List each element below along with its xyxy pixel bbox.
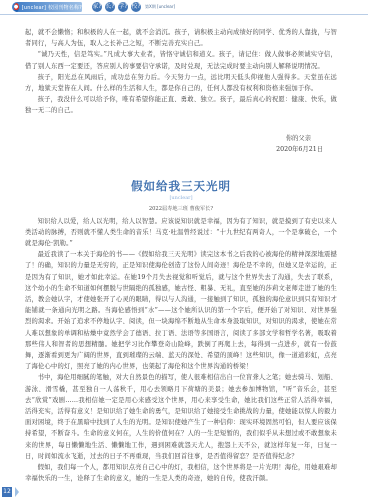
- letter-paragraph: “诚乃天性，信是笃实。”凡成大事大业者，皆恪守诚信和道义。孩子，请记住：做人做事…: [25, 49, 337, 71]
- article-paragraph: 书中，海伦用细腻的笔触，对大自然景色的描写，使人很难相信出自一位盲聋人之笔；她去…: [25, 372, 337, 462]
- article-title: 假如给我三天光明: [25, 179, 337, 193]
- letter-paragraph: 孩子，阳光总在风雨后，成功总在努力后。今天努力一点，远比明天低头仰视他人强得多。…: [25, 72, 337, 94]
- issue-label: 第X期 [unclear]: [145, 4, 175, 10]
- article-paragraph: 假如，我们每一个人，都用知识点亮自己心中的灯，我相信，这个世界将是一片光明！海伦…: [25, 462, 337, 484]
- letter-paragraph: 起，就不会懒惰；和积极的人在一起，就不会消沉。孩子，请积极主动向成绩好的同学、优…: [25, 27, 337, 49]
- article: 假如给我三天光明 [unclear] 2022届寿地三班 曹俊军长? 知识给人以…: [25, 179, 337, 485]
- magazine-name: [unclear] 校园刊物名称?: [22, 4, 82, 11]
- section-badge: 校?: [131, 2, 141, 12]
- letter-continuation: 起，就不会懒惰；和积极的人在一起，就不会消沉。孩子，请积极主动向成绩好的同学、优…: [25, 27, 337, 155]
- article-paragraph: 最近我读了一本关于海伦的书——《假如给我三天光明》读完这本书之后我的心被海伦的精…: [25, 249, 337, 372]
- header-divider: [0, 14, 368, 15]
- page-number: 12: [2, 487, 12, 497]
- letter-signature: 你的父亲: [25, 133, 337, 144]
- magazine-logo: [unclear] 校园刊物名称?: [12, 2, 82, 12]
- page-content: 起，就不会懒惰；和积极的人在一起，就不会消沉。孩子，请积极主动向成绩好的同学、优…: [25, 27, 337, 485]
- article-subtitle: [unclear]: [25, 195, 337, 202]
- letter-paragraph: 孩子，我没什么可以给予你，唯有希望你能正直、勇敢、独立。孩子，最后真心的祝愿：健…: [25, 94, 337, 116]
- logo-emblem-icon: [14, 3, 19, 12]
- article-paragraph: 知识给人以爱，给人以光明，给人以智慧。应该说知识就是幸福，因为有了知识，就是摸到…: [25, 216, 337, 250]
- page-arrow-icon: [15, 487, 19, 497]
- magazine-header: [unclear] 校园刊物名称? 家? 长? 学? 校? 第X期 [uncle…: [0, 0, 368, 16]
- section-badge: 长?: [105, 2, 115, 12]
- article-byline: 2022届寿地三班 曹俊军长?: [25, 204, 337, 214]
- section-badge: 家?: [92, 2, 102, 12]
- section-badges: 家? 长? 学? 校? 第X期 [unclear]: [92, 2, 175, 12]
- section-badge: 学?: [118, 2, 128, 12]
- letter-date: 2020年6月21日: [25, 144, 337, 155]
